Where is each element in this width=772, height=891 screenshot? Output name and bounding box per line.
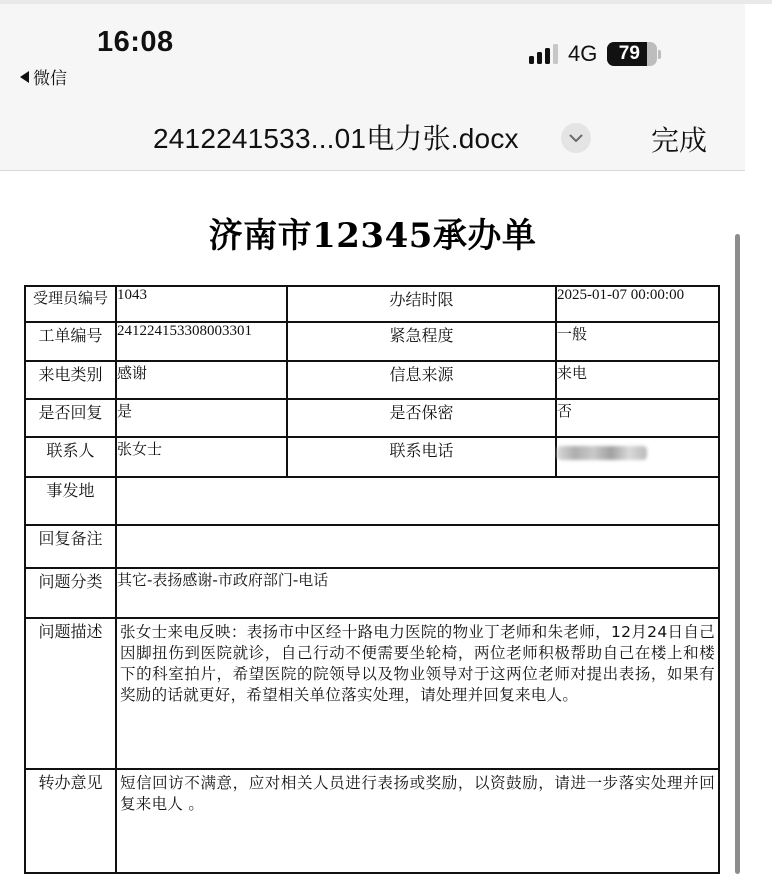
redacted-phone [557,446,647,460]
field-label: 联系电话 [287,437,556,477]
back-triangle-icon [20,71,29,83]
description-cell: 张女士来电反映：表扬市中区经十路电力医院的物业丁老师和朱老师，12月24日自己因… [116,618,719,769]
field-label: 问题描述 [25,618,116,769]
reply-needed-value: 是 [116,399,287,437]
battery-icon: 79 [607,42,661,66]
phone-value-redacted [556,437,719,477]
file-options-button[interactable] [561,123,591,153]
table-row: 受理员编号 1043 办结时限 2025-01-07 00:00:00 [25,286,719,322]
source-value: 来电 [556,361,719,399]
table-row: 工单编号 241224153308003301 紧急程度 一般 [25,322,719,361]
chevron-down-icon [569,134,583,143]
table-row: 问题描述 张女士来电反映：表扬市中区经十路电力医院的物业丁老师和朱老师，12月2… [25,618,719,769]
field-label: 来电类别 [25,361,116,399]
description-value: 张女士来电反映：表扬市中区经十路电力医院的物业丁老师和朱老师，12月24日自己因… [117,619,718,706]
table-row: 转办意见 短信回访不满意，应对相关人员进行表扬或奖励，以资鼓励，请进一步落实处理… [25,769,719,873]
contact-value: 张女士 [116,437,287,477]
table-row: 是否回复 是 是否保密 否 [25,399,719,437]
confidential-value: 否 [556,399,719,437]
work-order-table: 受理员编号 1043 办结时限 2025-01-07 00:00:00 工单编号… [24,285,720,874]
field-label: 是否保密 [287,399,556,437]
location-value [116,477,719,525]
table-row: 来电类别 感谢 信息来源 来电 [25,361,719,399]
field-label: 转办意见 [25,769,116,873]
status-time: 16:08 [97,26,174,59]
table-row: 联系人 张女士 联系电话 [25,437,719,477]
field-label: 问题分类 [25,568,116,618]
field-label: 是否回复 [25,399,116,437]
field-label: 回复备注 [25,525,116,568]
reply-note-value [116,525,719,568]
status-indicators: 4G 79 [529,41,661,67]
order-number-value: 241224153308003301 [116,322,287,361]
network-type: 4G [568,41,597,67]
operator-id-value: 1043 [116,286,287,322]
document-title: 济南市12345承办单 [0,208,745,257]
table-row: 问题分类 其它-表扬感谢-市政府部门-电话 [25,568,719,618]
field-label: 紧急程度 [287,322,556,361]
field-label: 联系人 [25,437,116,477]
table-row: 回复备注 [25,525,719,568]
battery-percent: 79 [607,42,651,66]
transfer-opinion-value: 短信回访不满意，应对相关人员进行表扬或奖励，以资鼓励，请进一步落实处理并回复来电… [117,770,718,815]
call-type-value: 感谢 [116,361,287,399]
field-label: 信息来源 [287,361,556,399]
field-label: 受理员编号 [25,286,116,322]
field-label: 办结时限 [287,286,556,322]
file-name-title: 2412241533...01电力张.docx [153,117,519,157]
back-app-label: 微信 [33,64,67,89]
done-button[interactable]: 完成 [651,119,707,159]
field-label: 事发地 [25,477,116,525]
viewer-header: 16:08 微信 4G 79 2412241533...01电力张.docx 完… [0,4,745,171]
document-scrollbar[interactable] [735,234,740,874]
cellular-signal-icon [529,44,558,64]
field-label: 工单编号 [25,322,116,361]
transfer-opinion-cell: 短信回访不满意，应对相关人员进行表扬或奖励，以资鼓励，请进一步落实处理并回复来电… [116,769,719,873]
back-to-wechat-button[interactable]: 微信 [20,64,67,89]
deadline-value: 2025-01-07 00:00:00 [556,286,719,322]
category-value: 其它-表扬感谢-市政府部门-电话 [116,568,719,618]
urgency-value: 一般 [556,322,719,361]
table-row: 事发地 [25,477,719,525]
